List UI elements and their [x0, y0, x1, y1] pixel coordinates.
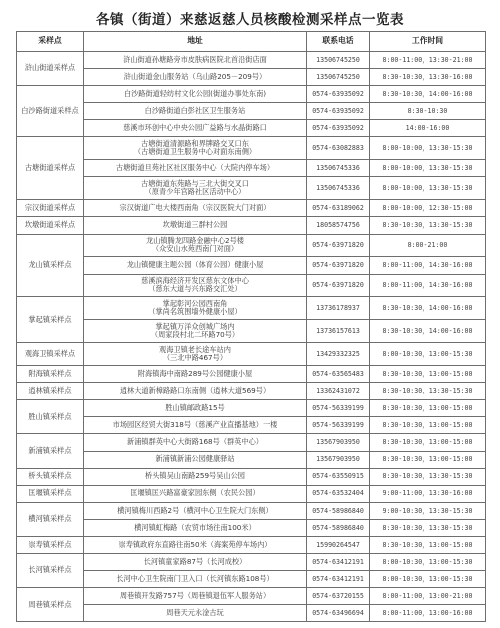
table-row: 宗汉街道采样点宗汉街道广电大楼西南角（宗汉医院大门对面）0574-6318906… — [17, 200, 486, 217]
table-row: 市场园区经贸大街318号（慈溪产业直播基地）一楼0574-563391998:3… — [17, 417, 486, 434]
address-cell: 长河中心卫生院南门卫入口（长河镇东路108号） — [84, 571, 307, 588]
address-cell: 古塘街道清源路和界牌路交叉口东（古塘街道卫生服务中心对面东南侧） — [84, 137, 307, 160]
table-row: 新浦镇采样点新浦镇群英中心大街路168号（群英中心）135679039508:3… — [17, 434, 486, 451]
address-cell: 古塘街道旦苑社区社区服务中心（大院内停车场） — [84, 160, 307, 177]
hours-cell: 8:30-10:30 — [370, 103, 486, 120]
phone-cell: 0574-63412191 — [307, 571, 370, 588]
table-row: 匡堰镇采样点匡堰镇匡兴路富豪家园东侧（农民公园）0574-635324049:0… — [17, 485, 486, 502]
address-line: 白沙路街道轻纺村文化公园(街道办事处东南) — [86, 90, 304, 99]
address-cell: 白沙路街道白彭社区卫生服务站 — [84, 103, 307, 120]
phone-cell: 0574-63550915 — [307, 468, 370, 485]
table-row: 胜山镇采样点胜山镇邮政路15号0574-563391998:30-10:30，1… — [17, 400, 486, 417]
address-line: 古塘街道旦苑社区社区服务中心（大院内停车场） — [86, 164, 304, 173]
address-line: 横河镇虹梅路（农贸市场往南100米） — [86, 524, 304, 533]
phone-cell: 0574-63935092 — [307, 103, 370, 120]
table-row: 附海镇采样点附海镇海中南路289号公园健康小屋0574-635654838:30… — [17, 366, 486, 383]
address-line: 周巷镇开发路757号（周巷镇退伍军人服务站） — [86, 592, 304, 601]
address-cell: 附海镇海中南路289号公园健康小屋 — [84, 366, 307, 383]
address-cell: 浒山街道孙塘路旁市皮肤病医院北首沿街店面 — [84, 52, 307, 69]
phone-cell: 0574-56339199 — [307, 417, 370, 434]
site-name-cell: 桥头镇采样点 — [17, 468, 84, 485]
hours-cell: 8:00-21:00 — [370, 234, 486, 257]
address-cell: 浒山街道金山服务站（乌山路205－209号） — [84, 69, 307, 86]
hours-cell: 8:00-11:00，13:00-21:00 — [370, 588, 486, 605]
site-name-cell: 掌起镇采样点 — [17, 297, 84, 343]
hours-cell: 8:30-10:30，14:00-16:00 — [370, 86, 486, 103]
hours-cell: 8:30-10:30，13:00-15:00 — [370, 400, 486, 417]
address-line: 新浦镇群英中心大街路168号（群英中心） — [86, 438, 304, 447]
hours-cell: 9:00-11:00，13:30-16:00 — [370, 485, 486, 502]
site-name-cell: 逍林镇采样点 — [17, 383, 84, 400]
phone-cell: 0574-63189062 — [307, 200, 370, 217]
hours-cell: 8:30-10:30，13:30-16:00 — [370, 69, 486, 86]
hours-cell: 8:30-10:30，13:00-15:00 — [370, 537, 486, 554]
address-line: （慈东大道与兴东路交汇处） — [86, 285, 304, 294]
hours-cell: 9:00-10:30，13:30-15:30 — [370, 502, 486, 519]
table-row: 古塘街道旦苑社区社区服务中心（大院内停车场）135067453368:00-10… — [17, 160, 486, 177]
address-line: 新浦镇新浦公园健康驿站 — [86, 455, 304, 464]
table-header-row: 采样点 地址 联系电话 工作时间 — [17, 32, 486, 52]
address-line: 附海镇海中南路289号公园健康小屋 — [86, 370, 304, 379]
address-line: 长河镇童家路87号（长河成校） — [86, 558, 304, 567]
address-cell: 周巷镇开发路757号（周巷镇退伍军人服务站） — [84, 588, 307, 605]
site-name-cell: 龙山镇采样点 — [17, 234, 84, 297]
address-cell: 慈溪滨海经济开发区慈东文体中心（慈东大道与兴东路交汇处） — [84, 274, 307, 297]
phone-cell: 13506745336 — [307, 160, 370, 177]
site-name-cell: 观海卫镇采样点 — [17, 343, 84, 366]
address-line: 浒山街道金山服务站（乌山路205－209号） — [86, 73, 304, 82]
hours-cell: 8:30-10:30、13:30-15:30 — [370, 383, 486, 400]
address-cell: 坎墩街道三群村公园 — [84, 217, 307, 234]
table-row: 白沙路街道白彭社区卫生服务站0574-639350928:30-10:30 — [17, 103, 486, 120]
table-row: 长河中心卫生院南门卫入口（长河镇东路108号）0574-634121918:00… — [17, 571, 486, 588]
site-name-cell: 长河镇采样点 — [17, 554, 84, 588]
phone-cell: 13736157613 — [307, 320, 370, 343]
phone-cell: 13567903950 — [307, 451, 370, 468]
address-line: 胜山镇邮政路15号 — [86, 404, 304, 413]
address-line: （原青少年宫路社区活动中心） — [86, 188, 304, 197]
address-line: 匡堰镇匡兴路富豪家园东侧（农民公园） — [86, 489, 304, 498]
address-line: 周巷天元永淦古玩 — [86, 609, 304, 618]
address-line: 慈溪市环创中心中央公园广益路与水晶街路口 — [86, 124, 304, 133]
address-line: （古塘街道卫生服务中心对面东南侧） — [86, 148, 304, 157]
table-row: 横河镇虹梅路（农贸市场往南100米）0574-589868408:30-10:3… — [17, 519, 486, 536]
address-cell: 崇寿镇政府东直路往南50米（海案苑停车场内） — [84, 537, 307, 554]
address-line: 崇寿镇政府东直路往南50米（海案苑停车场内） — [86, 541, 304, 550]
site-name-cell: 横河镇采样点 — [17, 502, 84, 536]
site-name-cell: 崇寿镇采样点 — [17, 537, 84, 554]
address-cell: 古塘街道东苑路与三北大街交叉口（原青少年宫路社区活动中心） — [84, 177, 307, 200]
table-row: 慈溪滨海经济开发区慈东文体中心（慈东大道与兴东路交汇处）0574-6397182… — [17, 274, 486, 297]
phone-cell: 13429332325 — [307, 343, 370, 366]
address-line: 浒山街道孙塘路旁市皮肤病医院北首沿街店面 — [86, 56, 304, 65]
address-cell: 新浦镇群英中心大街路168号（群英中心） — [84, 434, 307, 451]
address-cell: 宗汉街道广电大楼西南角（宗汉医院大门对面） — [84, 200, 307, 217]
address-line: （掌尚名筑围墙外健康小屋） — [86, 308, 304, 317]
hours-cell: 8:00-11:00，14:30-16:00 — [370, 274, 486, 297]
address-cell: 长河镇童家路87号（长河成校） — [84, 554, 307, 571]
address-line: （众安山水苑西南门对面） — [86, 245, 304, 254]
hours-cell: 8:30-10:30，13:00-15:00 — [370, 434, 486, 451]
sampling-sites-table: 采样点 地址 联系电话 工作时间 浒山街道采样点浒山街道孙塘路旁市皮肤病医院北首… — [16, 31, 486, 622]
address-cell: 桥头镇吴山南路259号吴山公园 — [84, 468, 307, 485]
hours-cell: 8:30-10:30，14:00-16:00 — [370, 297, 486, 320]
phone-cell: 0574-63935092 — [307, 86, 370, 103]
table-row: 掌起镇万洋众创城广场内（周家段村北二环路70号）137361576138:30-… — [17, 320, 486, 343]
hours-cell: 14:00-16:00 — [370, 120, 486, 137]
column-header-phone: 联系电话 — [307, 32, 370, 52]
hours-cell: 8:00-10:30，13:00-15:30 — [370, 343, 486, 366]
hours-cell: 8:00-10:00，13:30-15:30 — [370, 177, 486, 200]
address-line: 宗汉街道广电大楼西南角（宗汉医院大门对面） — [86, 204, 304, 213]
table-row: 逍林镇采样点逍林大道新樟路路口东南侧（逍林大道569号）133624310728… — [17, 383, 486, 400]
address-cell: 龙山镇健康主题公园（体育公园）健康小屋 — [84, 257, 307, 274]
hours-cell: 8:00-11:00，13:30-21:00 — [370, 52, 486, 69]
phone-cell: 0574-63971820 — [307, 257, 370, 274]
site-name-cell: 浒山街道采样点 — [17, 52, 84, 86]
site-name-cell: 宗汉街道采样点 — [17, 200, 84, 217]
phone-cell: 0574-63082883 — [307, 137, 370, 160]
address-cell: 胜山镇邮政路15号 — [84, 400, 307, 417]
column-header-address: 地址 — [84, 32, 307, 52]
address-cell: 匡堰镇匡兴路富豪家园东侧（农民公园） — [84, 485, 307, 502]
table-row: 周巷镇采样点周巷镇开发路757号（周巷镇退伍军人服务站）0574-6372015… — [17, 588, 486, 605]
address-cell: 白沙路街道轻纺村文化公园(街道办事处东南) — [84, 86, 307, 103]
table-row: 龙山镇健康主题公园（体育公园）健康小屋0574-639718208:00-11:… — [17, 257, 486, 274]
phone-cell: 15990264547 — [307, 537, 370, 554]
table-row: 坎墩街道采样点坎墩街道三群村公园180585747568:30-10:30，13… — [17, 217, 486, 234]
table-row: 崇寿镇采样点崇寿镇政府东直路往南50米（海案苑停车场内）159902645478… — [17, 537, 486, 554]
column-header-hours: 工作时间 — [370, 32, 486, 52]
phone-cell: 13736178937 — [307, 297, 370, 320]
address-cell: 横河镇虹梅路（农贸市场往南100米） — [84, 519, 307, 536]
address-cell: 横河镇梅川西路2号（横河中心卫生院大门东侧） — [84, 502, 307, 519]
address-cell: 新浦镇新浦公园健康驿站 — [84, 451, 307, 468]
address-line: （周家段村北二环路70号） — [86, 331, 304, 340]
site-name-cell: 新浦镇采样点 — [17, 434, 84, 468]
phone-cell: 13506745250 — [307, 52, 370, 69]
table-row: 掌起镇采样点掌起彰河公园西南角（掌尚名筑围墙外健康小屋）137361789378… — [17, 297, 486, 320]
column-header-site: 采样点 — [17, 32, 84, 52]
table-row: 慈溪市环创中心中央公园广益路与水晶街路口0574-6393509214:00-1… — [17, 120, 486, 137]
address-cell: 周巷天元永淦古玩 — [84, 605, 307, 622]
hours-cell: 8:30-10:30，13:30-15:30 — [370, 519, 486, 536]
phone-cell: 18058574756 — [307, 217, 370, 234]
page-title: 各镇（街道）来慈返慈人员核酸检测采样点一览表 — [0, 8, 500, 28]
address-line: 逍林大道新樟路路口东南侧（逍林大道569号） — [86, 387, 304, 396]
hours-cell: 8:00-10:00，12:30-15:00 — [370, 200, 486, 217]
address-line: 桥头镇吴山南路259号吴山公园 — [86, 472, 304, 481]
address-line: 市场园区经贸大街318号（慈溪产业直播基地）一楼 — [86, 421, 304, 430]
site-name-cell: 白沙路街道采样点 — [17, 86, 84, 137]
address-line: 长河中心卫生院南门卫入口（长河镇东路108号） — [86, 575, 304, 584]
table-row: 周巷天元永淦古玩0574-634966948:00-11:00，13:00-16… — [17, 605, 486, 622]
address-cell: 观海卫镇老长途车站内（三北中路467号） — [84, 343, 307, 366]
address-cell: 龙山镇腾龙四路金融中心2号楼（众安山水苑西南门对面） — [84, 234, 307, 257]
table-row: 浒山街道金山服务站（乌山路205－209号）135067452508:30-10… — [17, 69, 486, 86]
phone-cell: 13567903950 — [307, 434, 370, 451]
hours-cell: 8:30-10:30，13:30-15:30 — [370, 217, 486, 234]
phone-cell: 0574-63532404 — [307, 485, 370, 502]
table-row: 长河镇采样点长河镇童家路87号（长河成校）0574-634121918:00-1… — [17, 554, 486, 571]
address-cell: 慈溪市环创中心中央公园广益路与水晶街路口 — [84, 120, 307, 137]
table-row: 龙山镇采样点龙山镇腾龙四路金融中心2号楼（众安山水苑西南门对面）0574-639… — [17, 234, 486, 257]
table-row: 桥头镇采样点桥头镇吴山南路259号吴山公园0574-635509158:30-1… — [17, 468, 486, 485]
address-line: 龙山镇健康主题公园（体育公园）健康小屋 — [86, 261, 304, 270]
table-row: 浒山街道采样点浒山街道孙塘路旁市皮肤病医院北首沿街店面135067452508:… — [17, 52, 486, 69]
phone-cell: 0574-63720155 — [307, 588, 370, 605]
phone-cell: 0574-58986840 — [307, 502, 370, 519]
hours-cell: 8:30-10:30，14:00-16:00 — [370, 320, 486, 343]
phone-cell: 0574-63496694 — [307, 605, 370, 622]
hours-cell: 8:00-10:30，13:00-15:30 — [370, 571, 486, 588]
address-line: （三北中路467号） — [86, 354, 304, 363]
phone-cell: 0574-56339199 — [307, 400, 370, 417]
phone-cell: 0574-63971820 — [307, 274, 370, 297]
table-row: 横河镇采样点横河镇梅川西路2号（横河中心卫生院大门东侧）0574-5898684… — [17, 502, 486, 519]
site-name-cell: 匡堰镇采样点 — [17, 485, 84, 502]
address-line: 坎墩街道三群村公园 — [86, 221, 304, 230]
table-row: 古塘街道采样点古塘街道清源路和界牌路交叉口东（古塘街道卫生服务中心对面东南侧）0… — [17, 137, 486, 160]
hours-cell: 8:00-11:00，14:30-16:00 — [370, 257, 486, 274]
hours-cell: 8:00-10:00，13:30-15:30 — [370, 137, 486, 160]
hours-cell: 8:30-10:30，13:30-15:30 — [370, 468, 486, 485]
phone-cell: 0574-63935092 — [307, 120, 370, 137]
address-cell: 掌起彰河公园西南角（掌尚名筑围墙外健康小屋） — [84, 297, 307, 320]
phone-cell: 0574-63565483 — [307, 366, 370, 383]
hours-cell: 8:30-10:30，13:00-15:00 — [370, 417, 486, 434]
site-name-cell: 坎墩街道采样点 — [17, 217, 84, 234]
address-line: 横河镇梅川西路2号（横河中心卫生院大门东侧） — [86, 507, 304, 516]
address-cell: 逍林大道新樟路路口东南侧（逍林大道569号） — [84, 383, 307, 400]
phone-cell: 0574-63412191 — [307, 554, 370, 571]
site-name-cell: 附海镇采样点 — [17, 366, 84, 383]
address-cell: 掌起镇万洋众创城广场内（周家段村北二环路70号） — [84, 320, 307, 343]
hours-cell: 8:00-10:00，13:30-15:30 — [370, 160, 486, 177]
phone-cell: 0574-58986840 — [307, 519, 370, 536]
table-row: 白沙路街道采样点白沙路街道轻纺村文化公园(街道办事处东南)0574-639350… — [17, 86, 486, 103]
phone-cell: 13362431072 — [307, 383, 370, 400]
hours-cell: 8:00-10:30，13:00-15:30 — [370, 554, 486, 571]
hours-cell: 8:00-11:00，13:00-16:00 — [370, 605, 486, 622]
table-row: 古塘街道东苑路与三北大街交叉口（原青少年宫路社区活动中心）13506745336… — [17, 177, 486, 200]
site-name-cell: 古塘街道采样点 — [17, 137, 84, 200]
table-row: 观海卫镇采样点观海卫镇老长途车站内（三北中路467号）134293323258:… — [17, 343, 486, 366]
address-line: 白沙路街道白彭社区卫生服务站 — [86, 107, 304, 116]
table-row: 新浦镇新浦公园健康驿站135679039508:30-10:30，13:00-1… — [17, 451, 486, 468]
phone-cell: 13506745336 — [307, 177, 370, 200]
site-name-cell: 胜山镇采样点 — [17, 400, 84, 434]
table-body: 浒山街道采样点浒山街道孙塘路旁市皮肤病医院北首沿街店面135067452508:… — [17, 52, 486, 622]
hours-cell: 8:30-10:30，13:00-15:00 — [370, 451, 486, 468]
address-cell: 市场园区经贸大街318号（慈溪产业直播基地）一楼 — [84, 417, 307, 434]
phone-cell: 0574-63971820 — [307, 234, 370, 257]
hours-cell: 8:30-10:30，13:00-15:00 — [370, 366, 486, 383]
site-name-cell: 周巷镇采样点 — [17, 588, 84, 622]
phone-cell: 13506745250 — [307, 69, 370, 86]
